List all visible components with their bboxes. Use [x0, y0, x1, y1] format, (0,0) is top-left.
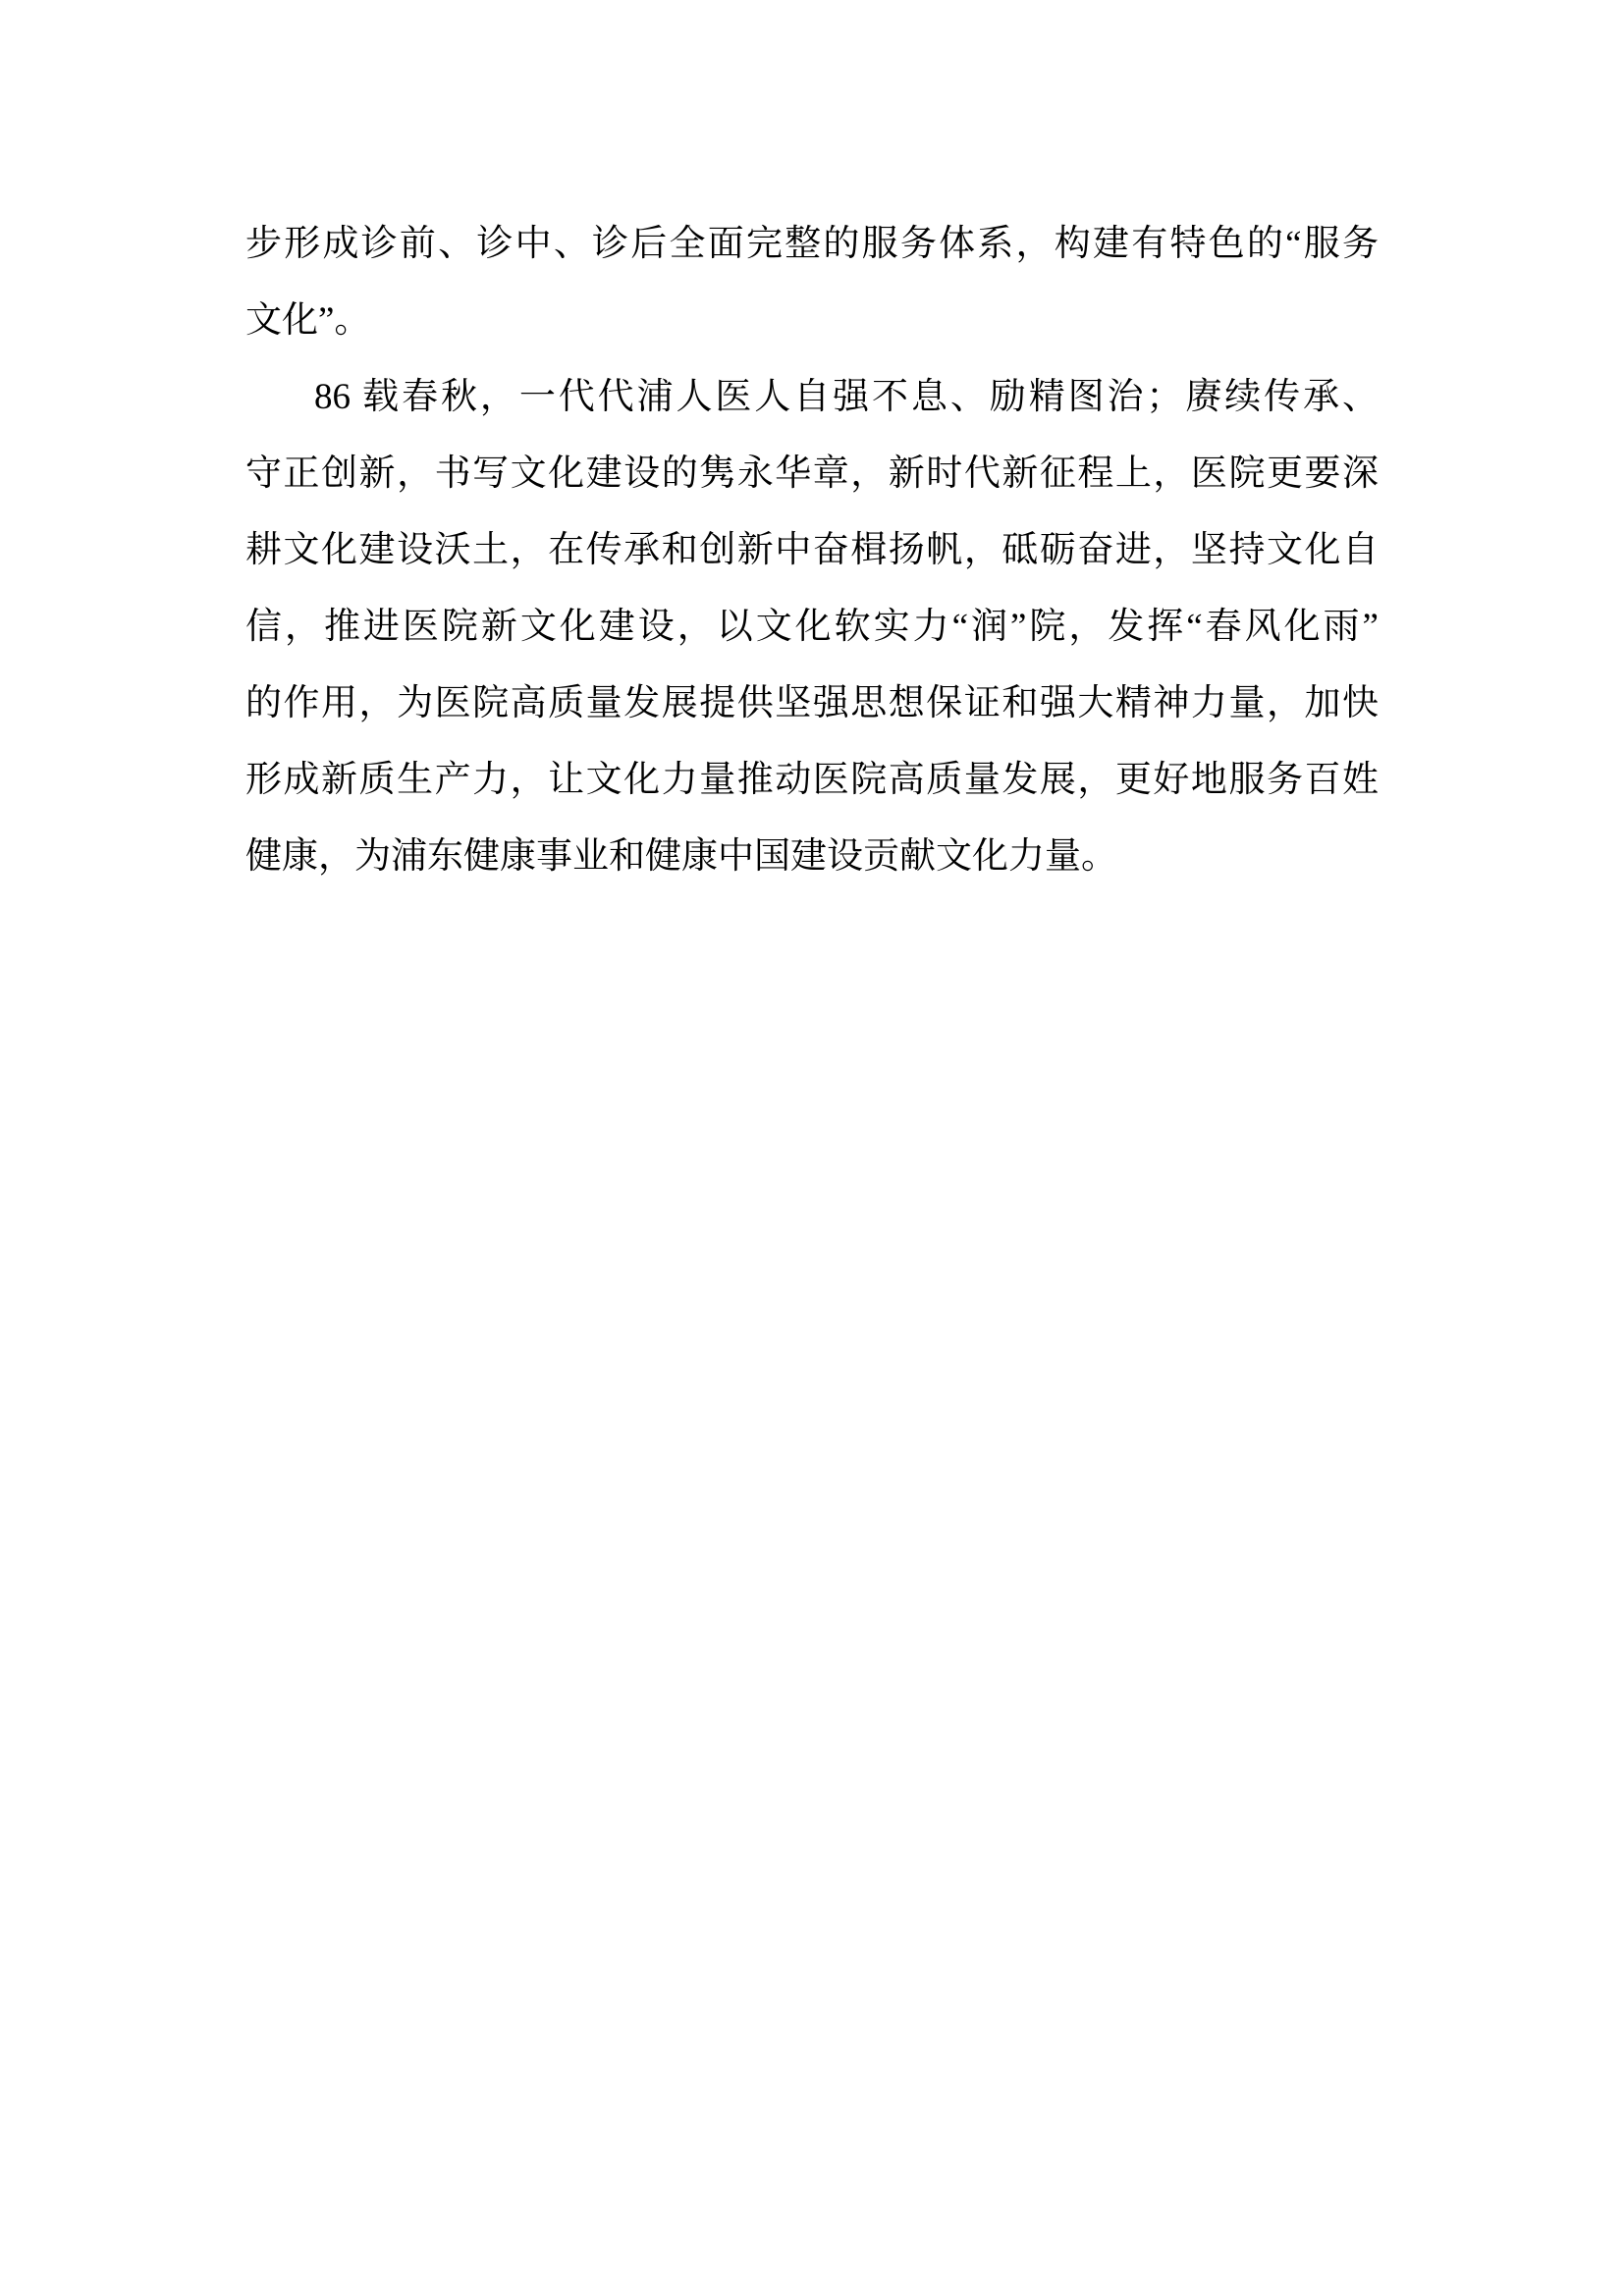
text-line: 形成新质生产力，让文化力量推动医院高质量发展，更好地服务百姓 [245, 742, 1379, 819]
text-content: 步形成诊前、诊中、诊后全面完整的服务体系，构建有特色的“服务 文化”。 86 载… [245, 206, 1379, 895]
text-line: 耕文化建设沃土，在传承和创新中奋楫扬帆，砥砺奋进，坚持文化自 [245, 512, 1379, 589]
document-page: 步形成诊前、诊中、诊后全面完整的服务体系，构建有特色的“服务 文化”。 86 载… [0, 0, 1624, 2296]
text-line: 步形成诊前、诊中、诊后全面完整的服务体系，构建有特色的“服务 [245, 206, 1379, 283]
paragraph-service-culture: 步形成诊前、诊中、诊后全面完整的服务体系，构建有特色的“服务 文化”。 [245, 206, 1379, 359]
paragraph-86-years: 86 载春秋，一代代浦人医人自强不息、励精图治；赓续传承、 守正创新，书写文化建… [245, 359, 1379, 895]
text-line: 的作用，为医院高质量发展提供坚强思想保证和强大精神力量，加快 [245, 666, 1379, 742]
text-line: 信，推进医院新文化建设，以文化软实力“润”院，发挥“春风化雨” [245, 589, 1379, 666]
text-line: 86 载春秋，一代代浦人医人自强不息、励精图治；赓续传承、 [245, 359, 1379, 436]
text-line: 健康，为浦东健康事业和健康中国建设贡献文化力量。 [245, 819, 1379, 895]
text-line: 文化”。 [245, 283, 1379, 359]
text-line: 守正创新，书写文化建设的隽永华章，新时代新征程上，医院更要深 [245, 436, 1379, 512]
